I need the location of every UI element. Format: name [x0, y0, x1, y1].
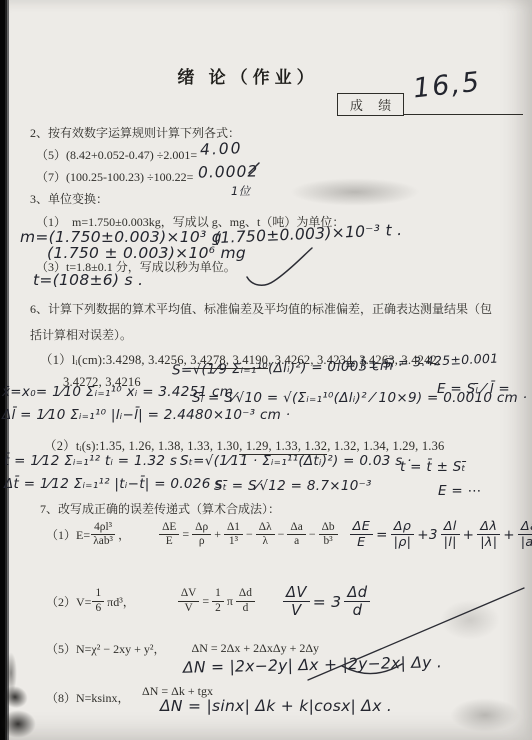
fraction-term: 16πd³，: [91, 588, 136, 615]
q6-hw-mean-2: t̄ = 1⁄12 Σᵢ₌₁¹² tᵢ = 1.32 s: [4, 453, 177, 469]
fraction-term: Δdd: [235, 588, 256, 615]
scan-noise: [290, 178, 420, 206]
check-mark: [244, 246, 316, 288]
fraction-term: +Δa|a|: [501, 520, 532, 550]
fraction-term: −Δbb³: [307, 522, 339, 549]
q7-formula-1: （1）E= 4ρl³λab³， ΔEE= Δρρ +Δ11³ −Δλλ −Δaa…: [46, 520, 532, 550]
q6-hw-result-2: t = t̄ ± Sₜ̄: [400, 459, 466, 475]
fraction-term: ΔEE=: [349, 520, 390, 550]
q6-heading-line1: 6、计算下列数据的算术平均值、标准偏差及平均值的标准偏差，正确表达测量结果（包: [30, 300, 492, 317]
fraction-term: −Δaa: [276, 522, 307, 549]
q6-hw-meandev-2: Δt̄ = 1⁄12 Σᵢ₌₁¹² |tᵢ−t̄| = 0.026 s: [4, 476, 223, 492]
q7-heading: 7、改写成正确的误差传递式（算术合成法）：: [40, 500, 280, 517]
scan-edge-band: [0, 0, 9, 740]
q2-item5-printed: （5）(8.42+0.052-0.47) ÷2.001=: [36, 146, 197, 163]
fraction-term: +Δλ|λ|: [461, 520, 502, 550]
fraction-term: 4ρl³λab³，: [90, 522, 132, 549]
fraction-term: Δρ|ρ|: [390, 520, 416, 550]
q3-heading: 3、单位变换：: [30, 190, 108, 207]
scan-noise: [450, 698, 520, 732]
q2-item7-note: 1位: [231, 183, 250, 199]
q7-e5-label: （5）N=χ² − 2xy + y²，: [46, 640, 166, 657]
series2-values: 1.35, 1.26, 1.38, 1.33, 1.30: [99, 439, 239, 453]
series1-label: （1）lᵢ(cm):: [40, 353, 106, 367]
q6-data-series-2: （2）tᵢ(s):1.35, 1.26, 1.38, 1.33, 1.30, 1…: [44, 436, 445, 454]
grading-stroke: [298, 582, 530, 684]
fraction-term: +Δ11³: [212, 522, 244, 549]
grading-tick-mark: [246, 160, 262, 176]
q7-e8-label: （8）N=ksinx，: [46, 689, 129, 706]
q6-hw-relerror-1: E = Sₗ̄ ⁄ l̄ =: [437, 381, 510, 397]
series2-values: , 1.32, 1.34, 1.29, 1.36: [327, 439, 444, 453]
fraction-term: −Δλλ: [244, 522, 276, 549]
score-box: 成 绩: [337, 93, 404, 116]
q2-item5-answer: 4.00: [200, 139, 243, 159]
q2-item7-printed: （7）(100.25-100.23) ÷100.22=: [36, 168, 193, 185]
series2-label: （2）tᵢ(s):: [44, 439, 99, 453]
q7-e1-handwritten-correction: ΔEE= Δρ|ρ| +3Δl|l| +Δλ|λ| +Δa|a| +3Δb|b|…: [349, 520, 532, 550]
q3-item3-answer: t=(108±6) s .: [33, 271, 143, 289]
fraction-term: ΔVV=: [177, 588, 211, 615]
fraction-term: 12π: [211, 588, 235, 615]
q6-hw-mean-stddev-2: Sₜ̄ = S⁄√12 = 8.7×10⁻³: [214, 478, 372, 494]
fraction-term: Δρρ: [191, 522, 212, 549]
ink-smudge: [5, 652, 17, 694]
q6-heading-line2: 括计算相对误差）。: [30, 326, 132, 343]
q6-hw-relerror-2: E = ⋯: [438, 483, 481, 499]
score-label: 成 绩: [344, 95, 397, 114]
q7-e2-label: （2）V=: [46, 593, 91, 610]
q2-heading: 2、按有效数字运算规则计算下列各式：: [30, 124, 240, 141]
q7-e1-label: （1）E=: [46, 526, 90, 543]
fraction-term: ΔEE=: [158, 522, 191, 549]
fraction-term: +3Δl|l|: [415, 520, 460, 550]
q6-hw-meandev-1: Δl̄ = 1⁄10 Σᵢ₌₁¹⁰ |lᵢ−l̄| = 2.4480×10⁻³ …: [2, 407, 290, 423]
q7-formula-5: （5）N=χ² − 2xy + y²， ΔN = 2Δx + 2ΔxΔy + 2…: [46, 640, 319, 657]
q7-e8-handwritten-correction: ΔN = |sinx| Δk + k|cosx| Δx .: [160, 697, 392, 715]
ink-smudge: [0, 710, 36, 738]
scanned-homework-page: 绪 论（作业） 成 绩 16,5 2、按有效数字运算规则计算下列各式： （5）(…: [0, 0, 532, 740]
q6-hw-stddev-2: Sₜ=√(1⁄11 · Σᵢ₌₁¹¹(Δtᵢ)²) = 0.03 s ·: [180, 453, 412, 469]
